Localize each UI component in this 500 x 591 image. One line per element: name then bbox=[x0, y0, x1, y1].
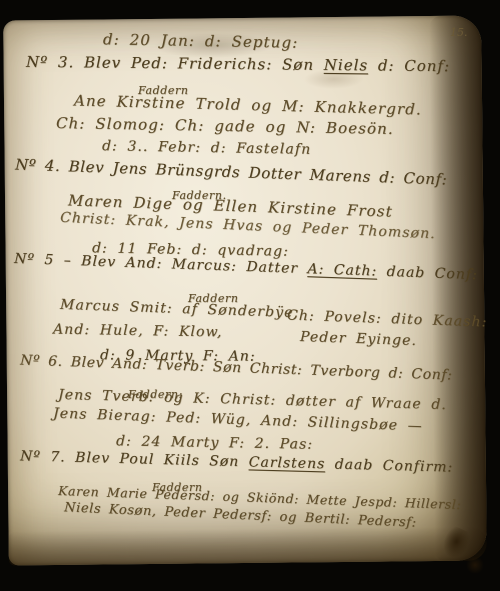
date-heading: d: 3.. Febr: d: Fastelafn bbox=[102, 138, 312, 158]
confirmand-name-underlined: A: Cath: bbox=[307, 261, 377, 279]
date-heading: d: 24 Marty F: 2. Pas: bbox=[116, 433, 313, 452]
entry-text: daab Confirm: bbox=[325, 456, 453, 475]
entry-no7-line: Nº 7. Blev Poul Kiils Søn Carlstens daab… bbox=[20, 448, 454, 475]
godparents-line: Marcus Smit: af Sønderbÿe, bbox=[60, 297, 300, 321]
godparents-line: Peder Eyinge. bbox=[300, 329, 418, 349]
entry-text: daab Conf: bbox=[377, 264, 478, 284]
confirmand-name-underlined: Niels bbox=[324, 56, 368, 74]
godparents-line: Ch: Slomog: Ch: gade og N: Boesön. bbox=[56, 114, 394, 138]
entry-no3-line: Nº 3. Blev Ped: Friderichs: Søn Niels d:… bbox=[26, 53, 450, 75]
date-heading: d: 20 Jan: d: Septug: bbox=[103, 30, 299, 51]
manuscript-text: d: 20 Jan: d: Septug: Nº 3. Blev Ped: Fr… bbox=[0, 0, 500, 591]
scanned-register-page: 15. d: 20 Jan: d: Septug: Nº 3. Blev Ped… bbox=[0, 0, 500, 591]
godparents-line: And: Hule, F: Klow, bbox=[53, 322, 223, 341]
entry-no4-line: Nº 4. Blev Jens Brünsgrds Dotter Marens … bbox=[15, 155, 448, 188]
entry-text: d: Conf: bbox=[368, 56, 450, 75]
entry-text: Nº 7. Blev Poul Kiils Søn bbox=[20, 448, 249, 470]
godparents-line: Ch: Povels: dito Kaash: bbox=[287, 308, 488, 331]
entry-text: Nº 3. Blev Ped: Friderichs: Søn bbox=[26, 53, 324, 74]
confirmand-name-underlined: Carlstens bbox=[249, 454, 326, 472]
